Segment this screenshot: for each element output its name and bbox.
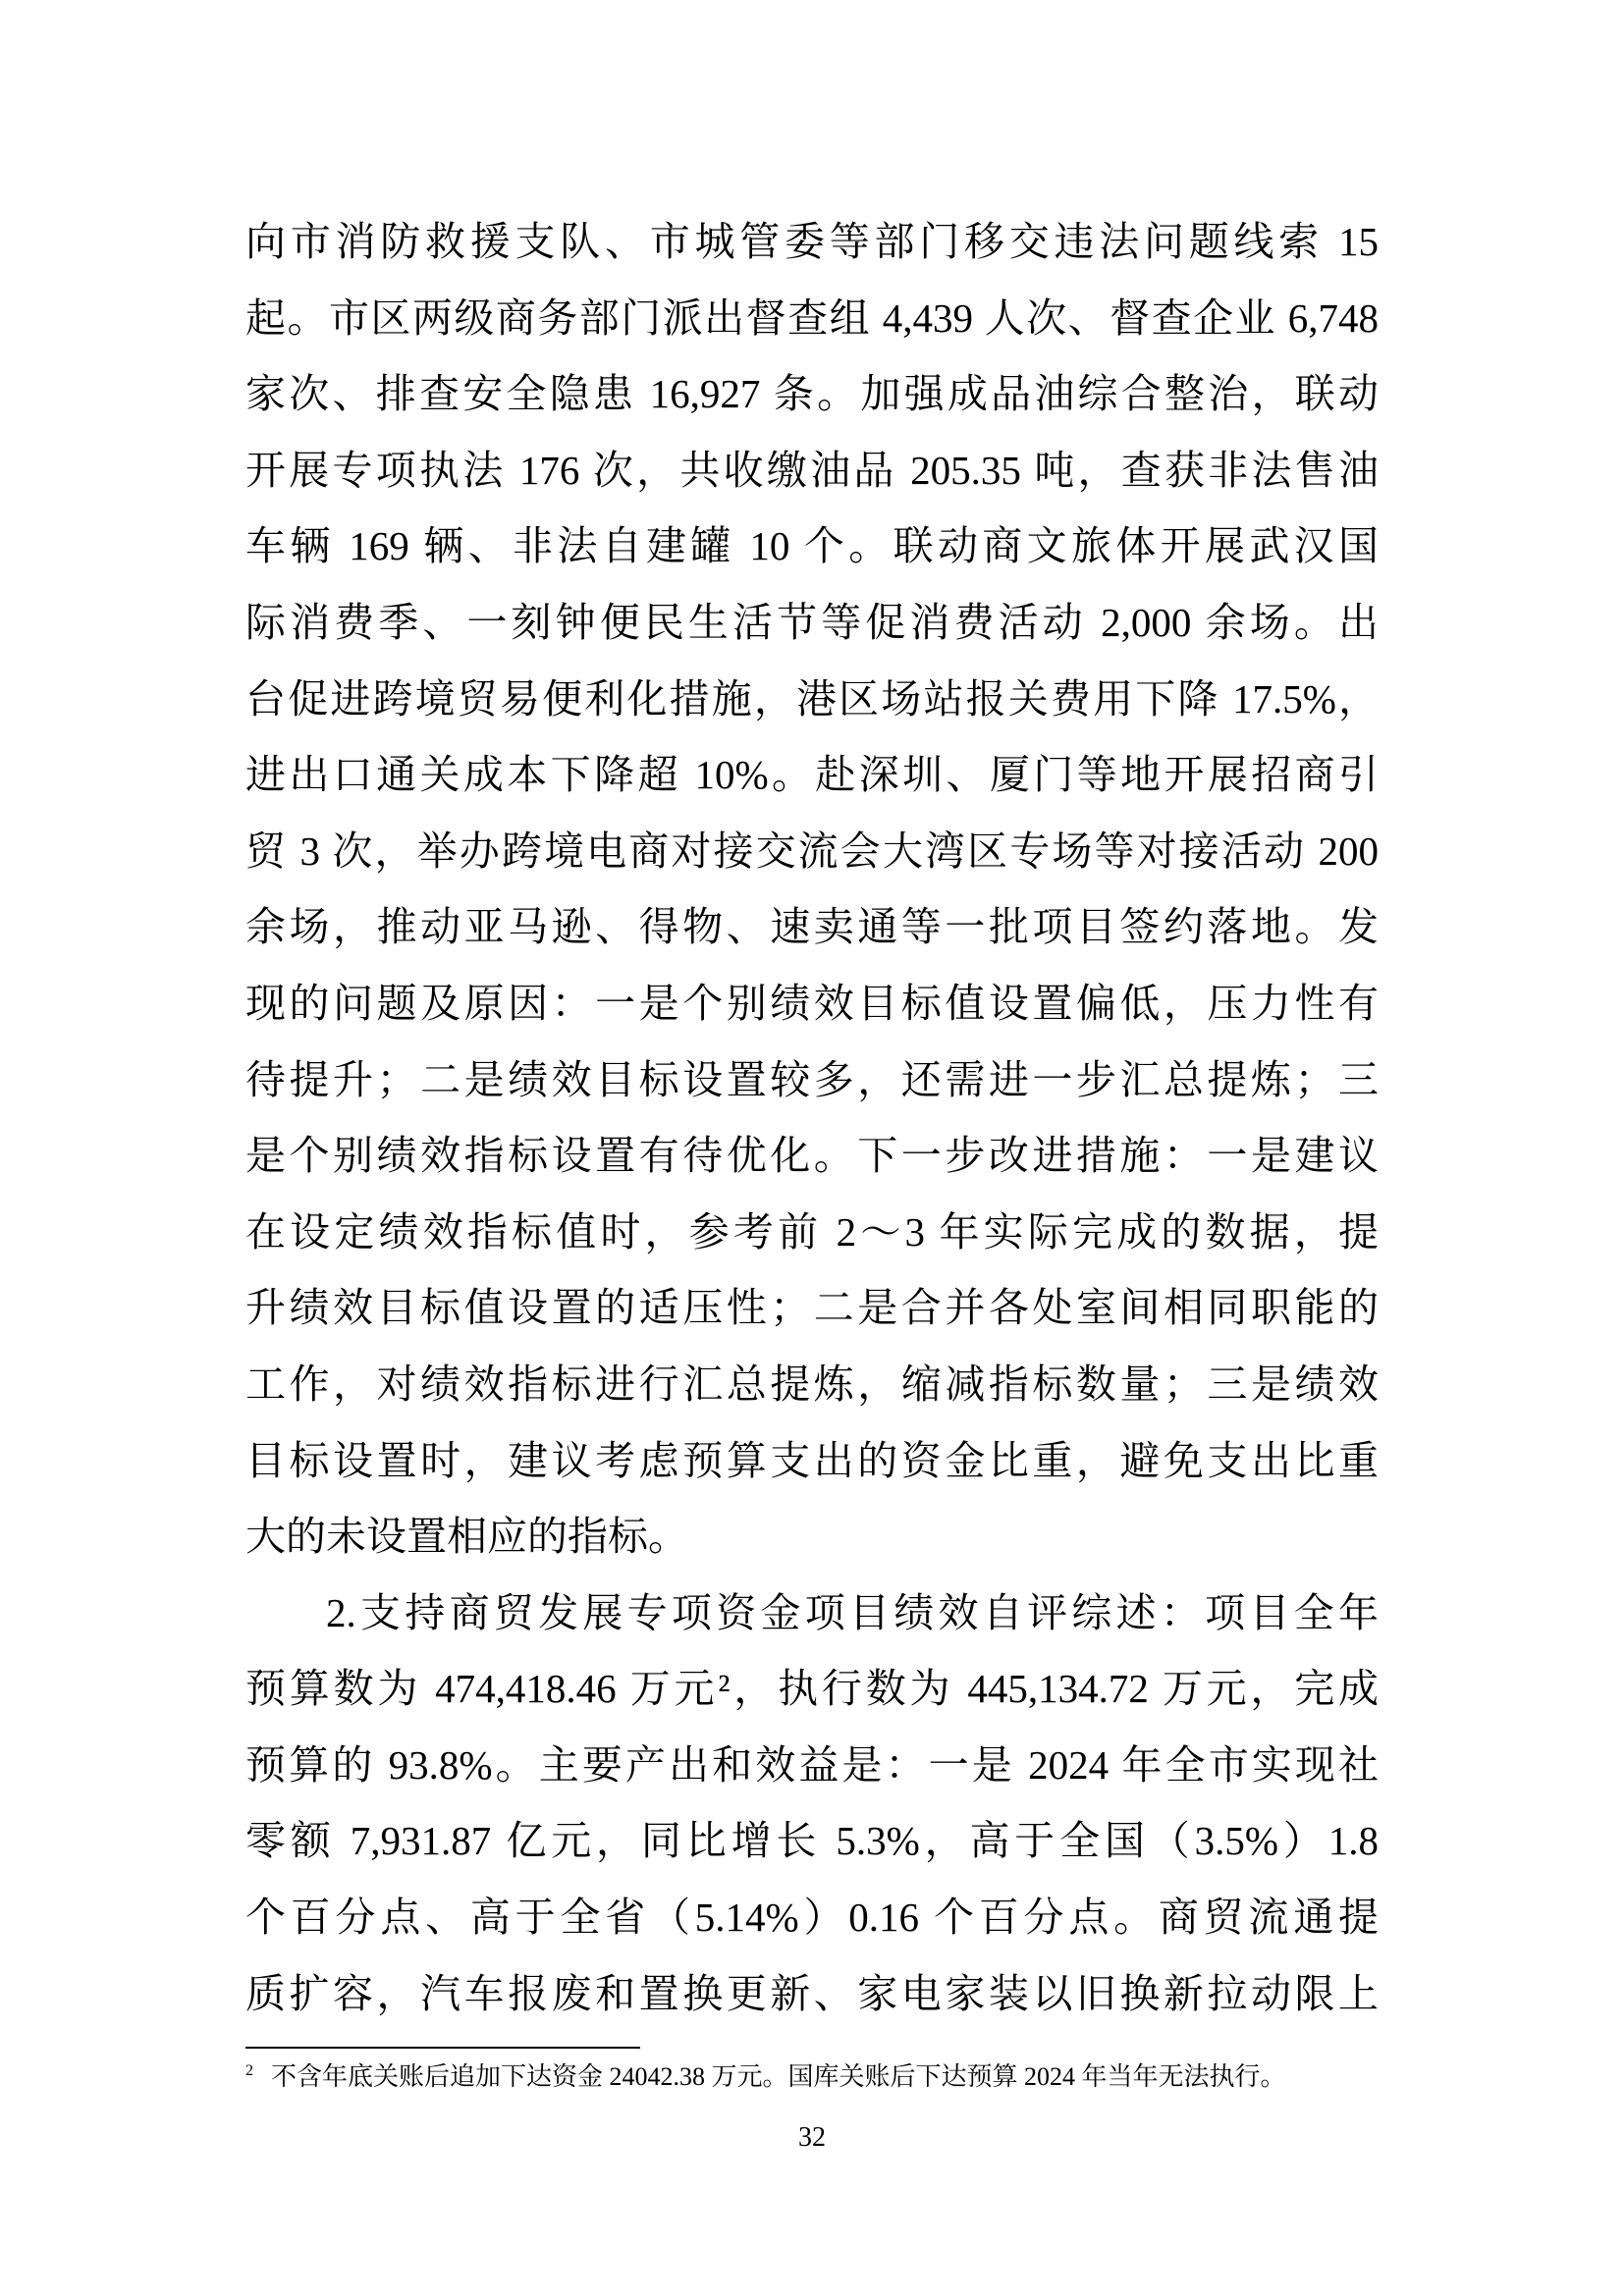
body-text-line: 零额 7,931.87 亿元，同比增长 5.3%，高于全国（3.5%）1.8 (245, 1803, 1379, 1880)
body-text-line: 预算的 93.8%。主要产出和效益是：一是 2024 年全市实现社 (245, 1728, 1379, 1804)
body-text-line: 向市消防救援支队、市城管委等部门移交违法问题线索 15 (245, 204, 1379, 281)
body-text-line: 家次、排查安全隐患 16,927 条。加强成品油综合整治，联动 (245, 356, 1379, 433)
body-text: 向市消防救援支队、市城管委等部门移交违法问题线索 15起。市区两级商务部门派出督… (245, 204, 1379, 2032)
body-text-line: 在设定绩效指标值时，参考前 2～3 年实际完成的数据，提 (245, 1195, 1379, 1271)
body-text-line: 进出口通关成本下降超 10%。赴深圳、厦门等地开展招商引 (245, 737, 1379, 814)
body-text-line: 车辆 169 辆、非法自建罐 10 个。联动商文旅体开展武汉国 (245, 508, 1379, 585)
body-text-line: 目标设置时，建议考虑预算支出的资金比重，避免支出比重 (245, 1423, 1379, 1500)
body-text-line: 现的问题及原因：一是个别绩效目标值设置偏低，压力性有 (245, 966, 1379, 1042)
body-text-line: 台促进跨境贸易便利化措施，港区场站报关费用下降 17.5%， (245, 662, 1379, 738)
footnote: 2不含年底关账后追加下达资金 24042.38 万元。国库关账后下达预算 202… (245, 2059, 1384, 2095)
body-text-line: 是个别绩效指标设置有待优化。下一步改进措施：一是建议 (245, 1118, 1379, 1195)
page-number: 32 (0, 2122, 1624, 2154)
footnote-marker: 2 (245, 2062, 253, 2079)
body-text-line: 2.支持商贸发展专项资金项目绩效自评综述：项目全年 (245, 1575, 1379, 1652)
body-text-line: 贸 3 次，举办跨境电商对接交流会大湾区专场等对接活动 200 (245, 814, 1379, 890)
body-text-line: 质扩容，汽车报废和置换更新、家电家装以旧换新拉动限上 (245, 1956, 1379, 2033)
body-text-line: 升绩效目标值设置的适压性；二是合并各处室间相同职能的 (245, 1270, 1379, 1347)
body-text-line: 开展专项执法 176 次，共收缴油品 205.35 吨，查获非法售油 (245, 433, 1379, 509)
document-page: 向市消防救援支队、市城管委等部门移交违法问题线索 15起。市区两级商务部门派出督… (0, 0, 1624, 2296)
body-text-line: 大的未设置相应的指标。 (245, 1499, 1379, 1575)
body-text-line: 起。市区两级商务部门派出督查组 4,439 人次、督查企业 6,748 (245, 281, 1379, 357)
body-text-line: 余场，推动亚马逊、得物、速卖通等一批项目签约落地。发 (245, 889, 1379, 966)
footnote-text: 不含年底关账后追加下达资金 24042.38 万元。国库关账后下达预算 2024… (271, 2062, 1286, 2091)
body-text-line: 待提升；二是绩效目标设置较多，还需进一步汇总提炼；三 (245, 1042, 1379, 1119)
body-text-line: 工作，对绩效指标进行汇总提炼，缩减指标数量；三是绩效 (245, 1347, 1379, 1423)
footnote-separator (245, 2047, 640, 2049)
body-text-line: 个百分点、高于全省（5.14%）0.16 个百分点。商贸流通提 (245, 1880, 1379, 1956)
body-text-line: 际消费季、一刻钟便民生活节等促消费活动 2,000 余场。出 (245, 585, 1379, 662)
body-text-line: 预算数为 474,418.46 万元²，执行数为 445,134.72 万元，完… (245, 1651, 1379, 1728)
